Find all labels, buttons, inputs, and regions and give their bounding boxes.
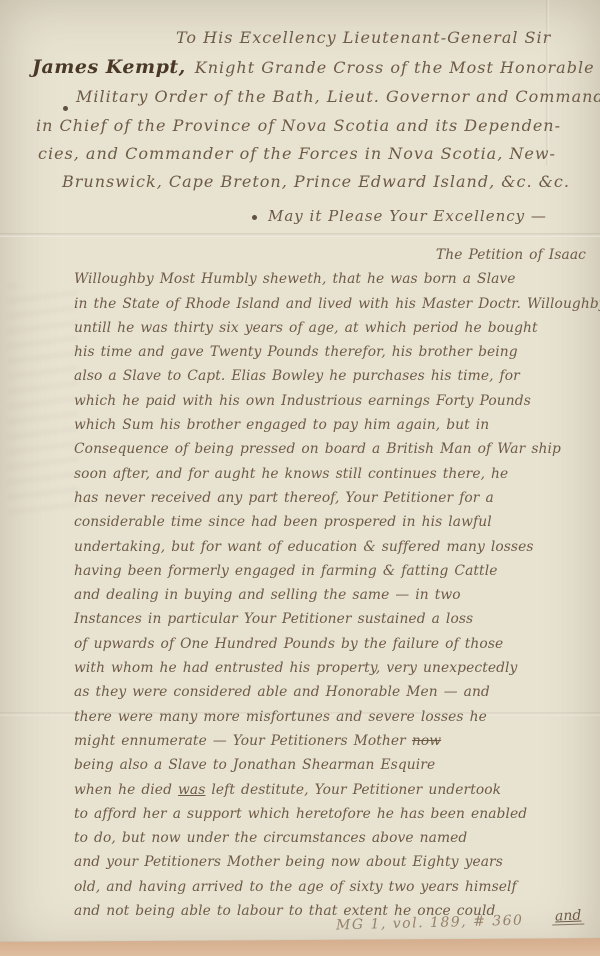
manuscript-line: which Sum his brother engaged to pay him… — [74, 417, 588, 441]
line-text: might ennumerate — Your Petitioners Moth… — [74, 733, 412, 749]
manuscript-line: also a Slave to Capt. Elias Bowley he pu… — [74, 368, 588, 392]
manuscript-line: untill he was thirty six years of age, a… — [74, 320, 588, 344]
line-text: when he died — [74, 782, 178, 798]
manuscript-line: which he paid with his own Industrious e… — [74, 393, 588, 417]
manuscript-line: old, and having arrived to the age of si… — [74, 879, 588, 903]
manuscript-line: being also a Slave to Jonathan Shearman … — [74, 757, 588, 781]
ink-showthrough-smudge — [8, 285, 78, 515]
manuscript-line: of upwards of One Hundred Pounds by the … — [74, 636, 588, 660]
manuscript-line: as they were considered able and Honorab… — [74, 684, 588, 708]
manuscript-line: Consequence of being pressed on board a … — [74, 441, 588, 465]
manuscript-line-with-underline: when he died was left destitute, Your Pe… — [74, 782, 588, 806]
manuscript-line-with-strikeout: might ennumerate — Your Petitioners Moth… — [74, 733, 588, 757]
underlined-word: was — [178, 782, 205, 798]
heading-line: James Kempt,Knight Grande Cross of the M… — [32, 56, 595, 78]
heading-line: Military Order of the Bath, Lieut. Gover… — [76, 87, 600, 106]
petition-body: The Petition of Isaac Willoughby Most Hu… — [74, 247, 588, 927]
salutation: May it Please Your Excellency — — [268, 207, 547, 225]
heading-line: in Chief of the Province of Nova Scotia … — [36, 116, 561, 135]
manuscript-line: there were many more misfortunes and sev… — [74, 709, 588, 733]
petition-opening-line: The Petition of Isaac — [74, 247, 588, 271]
ink-blot — [252, 215, 257, 220]
heading-line: Brunswick, Cape Breton, Prince Edward Is… — [62, 172, 570, 191]
struck-word: now — [412, 733, 441, 749]
heading-line: cies, and Commander of the Forces in Nov… — [38, 144, 556, 163]
manuscript-line: and dealing in buying and selling the sa… — [74, 587, 588, 611]
manuscript-scan: To His Excellency Lieutenant-General Sir… — [0, 0, 600, 956]
manuscript-line: soon after, and for aught he knows still… — [74, 466, 588, 490]
ink-blot — [63, 106, 68, 111]
manuscript-line: his time and gave Twenty Pounds therefor… — [74, 344, 588, 368]
manuscript-line: in the State of Rhode Island and lived w… — [74, 296, 588, 320]
vertical-fold-crease — [546, 0, 549, 165]
heading-line: To His Excellency Lieutenant-General Sir — [176, 28, 551, 47]
line-text: left destitute, Your Petitioner undertoo… — [205, 782, 501, 798]
manuscript-line: to do, but now under the circumstances a… — [74, 830, 588, 854]
manuscript-line: Willoughby Most Humbly sheweth, that he … — [74, 271, 588, 295]
heading-line-text: Knight Grande Cross of the Most Honorabl… — [195, 58, 595, 77]
manuscript-line: having been formerly engaged in farming … — [74, 563, 588, 587]
manuscript-line: considerable time since had been prosper… — [74, 514, 588, 538]
catchword: and — [551, 907, 584, 925]
manuscript-line: and your Petitioners Mother being now ab… — [74, 854, 588, 878]
manuscript-line: undertaking, but for want of education &… — [74, 539, 588, 563]
addressee-name: James Kempt, — [32, 56, 186, 78]
manuscript-line: has never received any part thereof, You… — [74, 490, 588, 514]
manuscript-line: Instances in particular Your Petitioner … — [74, 611, 588, 635]
manuscript-line: to afford her a support which heretofore… — [74, 806, 588, 830]
horizontal-fold-crease — [0, 233, 600, 237]
manuscript-line: with whom he had entrusted his property,… — [74, 660, 588, 684]
